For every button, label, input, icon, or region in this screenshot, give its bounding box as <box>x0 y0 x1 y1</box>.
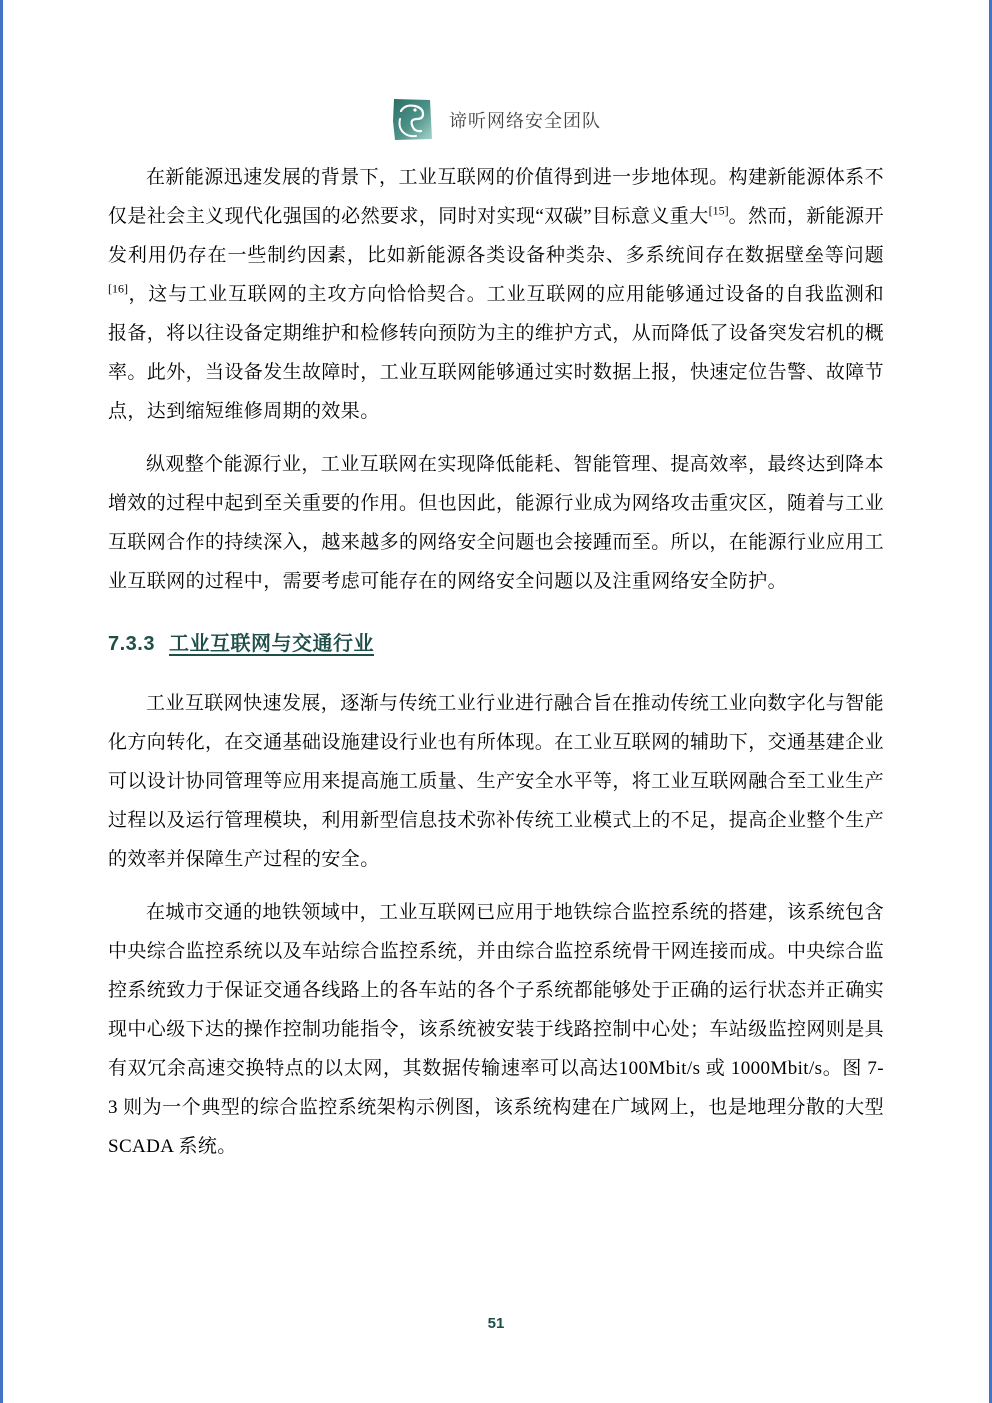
paragraph-energy-security: 纵观整个能源行业，工业互联网在实现降低能耗、智能管理、提高效率，最终达到降本增效… <box>108 445 884 601</box>
paragraph-energy-value: 在新能源迅速发展的背景下，工业互联网的价值得到进一步地体现。构建新能源体系不仅是… <box>108 158 884 431</box>
document-footer: 51 <box>0 1315 992 1333</box>
page-left-border <box>0 0 3 1403</box>
section-heading-7-3-3: 7.3.3工业互联网与交通行业 <box>108 627 884 656</box>
document-page: 谛听网络安全团队 在新能源迅速发展的背景下，工业互联网的价值得到进一步地体现。构… <box>0 0 992 1403</box>
paragraph-metro-scada: 在城市交通的地铁领域中，工业互联网已应用于地铁综合监控系统的搭建，该系统包含中央… <box>108 893 884 1166</box>
paragraph-text: ，这与工业互联网的主攻方向恰恰契合。工业互联网的应用能够通过设备的自我监测和报备… <box>108 284 884 422</box>
document-body: 在新能源迅速发展的背景下，工业互联网的价值得到进一步地体现。构建新能源体系不仅是… <box>0 142 992 1166</box>
footnote-ref-16: [16] <box>108 282 128 296</box>
team-logo: 谛听网络安全团队 <box>391 97 601 142</box>
footnote-ref-15: [15] <box>709 204 729 218</box>
section-number: 7.3.3 <box>108 633 155 655</box>
paragraph-transport-intro: 工业互联网快速发展，逐渐与传统工业行业进行融合旨在推动传统工业向数字化与智能化方… <box>108 684 884 879</box>
section-title: 工业互联网与交通行业 <box>169 633 374 655</box>
page-number: 51 <box>488 1315 505 1332</box>
diting-seal-icon <box>391 97 434 142</box>
document-header: 谛听网络安全团队 <box>0 0 992 142</box>
team-name-label: 谛听网络安全团队 <box>449 107 601 133</box>
